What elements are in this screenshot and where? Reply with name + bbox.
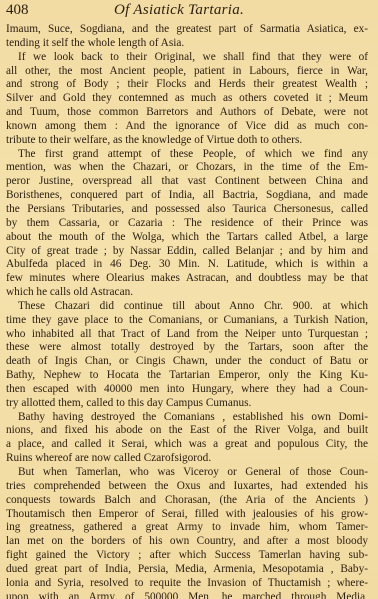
book-page: 408 Of Asiatick Tartaria. Imaum, Suce, S… xyxy=(0,0,378,599)
text-line: death of Ingis Chan, or Cingis Chawn, un… xyxy=(6,355,368,369)
body-text: Imaum, Suce, Sogdiana, and the greatest … xyxy=(6,23,368,599)
text-line: The first grand attempt of these People,… xyxy=(6,148,368,162)
page-number: 408 xyxy=(6,2,29,19)
text-line: nions, and fixed his abode on the East o… xyxy=(6,424,368,438)
running-title: Of Asiatick Tartaria. xyxy=(114,2,244,19)
text-line: a place, and called it Serai, which was … xyxy=(6,438,368,452)
text-line: Bathy having destroyed the Comanians , e… xyxy=(6,411,368,425)
text-line: by them Cassaria, or Cazaria : The resid… xyxy=(6,217,368,231)
text-line: Silver and Gold they contemned as much a… xyxy=(6,92,368,106)
text-line: tending it self the whole length of Asia… xyxy=(6,37,368,51)
text-line: ing greatness, gathered a great Army to … xyxy=(6,521,368,535)
text-line: all other, the most Ancient people, pati… xyxy=(6,65,368,79)
text-line: which he calls old Astracan. xyxy=(6,286,368,300)
text-line: peror Justine, overspread all that vast … xyxy=(6,175,368,189)
text-line: time they gave place to the Comanians, o… xyxy=(6,314,368,328)
text-line: then escaped with 40000 men into Hungary… xyxy=(6,383,368,397)
text-line: the Persians Tributaries, and possessed … xyxy=(6,203,368,217)
text-line: Abulfeda placed in 46 Deg. 30 Min. N. La… xyxy=(6,258,368,272)
text-line: try allotted them, called to this day Ca… xyxy=(6,397,368,411)
page-header: 408 Of Asiatick Tartaria. xyxy=(6,2,372,22)
text-line: known among them : And the ignorance of … xyxy=(6,120,368,134)
text-line: these were almost totally destroyed by t… xyxy=(6,341,368,355)
text-line: If we look back to their Original, we sh… xyxy=(6,51,368,65)
text-line: Thoutamisch then Emperor of Serai, fille… xyxy=(6,508,368,522)
text-line: fight gained the Victory ; after which S… xyxy=(6,549,368,563)
text-line: about the mouth of the Wolga, which the … xyxy=(6,231,368,245)
text-line: lonia and Syria, resolved to requite the… xyxy=(6,577,368,591)
text-line: Bathy, Nephew to Hocata the Tartarian Em… xyxy=(6,369,368,383)
text-line: tribute to their welfare, as the knowled… xyxy=(6,134,368,148)
text-line: upon with an Army of 500000 Men, he marc… xyxy=(6,591,368,599)
text-line: But when Tamerlan, who was Viceroy or Ge… xyxy=(6,466,368,480)
text-line: dued great part of India, Persia, Media,… xyxy=(6,563,368,577)
text-line: and Tuum, those common Barretors and Aut… xyxy=(6,106,368,120)
text-line: Ruins whereof are now called Czarofsigor… xyxy=(6,452,368,466)
text-line: Boristhenes, conquered part of India, al… xyxy=(6,189,368,203)
text-line: mention, was when the Chazari, or Chozar… xyxy=(6,161,368,175)
text-line: few minutes where Olearius makes Astraca… xyxy=(6,272,368,286)
text-line: conquests towards Balch and Chorasan, (t… xyxy=(6,494,368,508)
text-line: and strong of Body ; their Flocks and He… xyxy=(6,78,368,92)
text-line: who inhabited all that Tract of Land fro… xyxy=(6,328,368,342)
text-line: lan met on the borders of his own Countr… xyxy=(6,535,368,549)
text-line: City of great trade ; by Nassar Eddin, c… xyxy=(6,245,368,259)
text-line: tries comprehended between the Oxus and … xyxy=(6,480,368,494)
text-line: Imaum, Suce, Sogdiana, and the greatest … xyxy=(6,23,368,37)
text-line: These Chazari did continue till about An… xyxy=(6,300,368,314)
